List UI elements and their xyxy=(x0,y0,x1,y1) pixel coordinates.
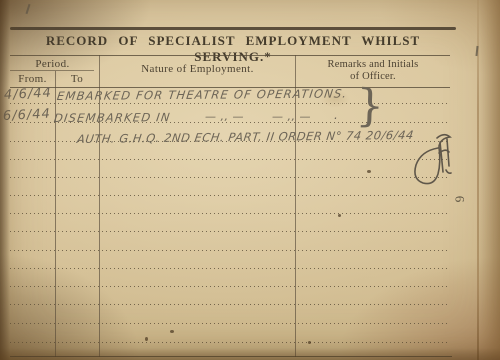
dotted-rule xyxy=(10,285,450,287)
dotted-rule xyxy=(10,212,450,214)
column-header-from: From. xyxy=(11,73,54,85)
entry-2-date: 6/6/44 xyxy=(3,107,52,124)
paper-speck xyxy=(308,341,311,344)
service-book-page: RECORD OF SPECIALIST EMPLOYMENT WHILST S… xyxy=(0,0,500,360)
table-bottom-rule xyxy=(10,356,452,357)
bottom-edge-shading xyxy=(0,348,500,360)
paper-stain xyxy=(320,90,350,108)
column-header-period: Period. xyxy=(10,58,95,70)
entry-2-text: DISEMBARKED IN xyxy=(53,110,172,125)
dotted-rule xyxy=(10,249,450,251)
dotted-rule xyxy=(10,322,450,324)
entry-2-ditto-2: — ,, — xyxy=(272,110,311,123)
dotted-rule xyxy=(10,230,450,232)
dotted-rule xyxy=(10,303,450,305)
entries-brace: } xyxy=(355,84,385,129)
paper-speck xyxy=(145,337,148,341)
side-page-number: 6 xyxy=(451,196,467,203)
paper-speck xyxy=(338,214,341,217)
dotted-rule xyxy=(10,341,450,343)
column-header-to: To xyxy=(56,73,98,85)
dotted-rule xyxy=(10,267,450,269)
entry-2-end-mark: . xyxy=(334,108,338,122)
paper-speck xyxy=(367,170,371,173)
entry-1-date: 4/6/44 xyxy=(4,86,53,103)
left-binding-edge xyxy=(0,0,10,360)
entry-1-text: EMBARKED FOR THEATRE OF OPERATIONS. xyxy=(56,86,348,103)
entry-3-text: AUTH. G.H.Q. 2ND ECH. PART. II ORDER N° … xyxy=(76,128,415,146)
dotted-rule xyxy=(10,158,450,160)
title-rule xyxy=(10,27,456,30)
period-underline xyxy=(10,70,94,71)
dotted-rule xyxy=(10,176,450,178)
entry-2-ditto-1: — ,, — xyxy=(205,110,244,123)
table-top-rule xyxy=(10,55,450,56)
paper-speck xyxy=(170,330,174,333)
remarks-header-line1: Remarks and Initials xyxy=(297,59,449,71)
dotted-rule xyxy=(10,194,450,196)
right-edge-shading xyxy=(478,0,500,360)
column-header-remarks: Remarks and Initials of Officer. xyxy=(297,59,449,83)
pen-tick-mark xyxy=(26,4,31,14)
officer-initials-signature xyxy=(410,132,460,190)
column-header-nature: Nature of Employment. xyxy=(100,63,295,75)
